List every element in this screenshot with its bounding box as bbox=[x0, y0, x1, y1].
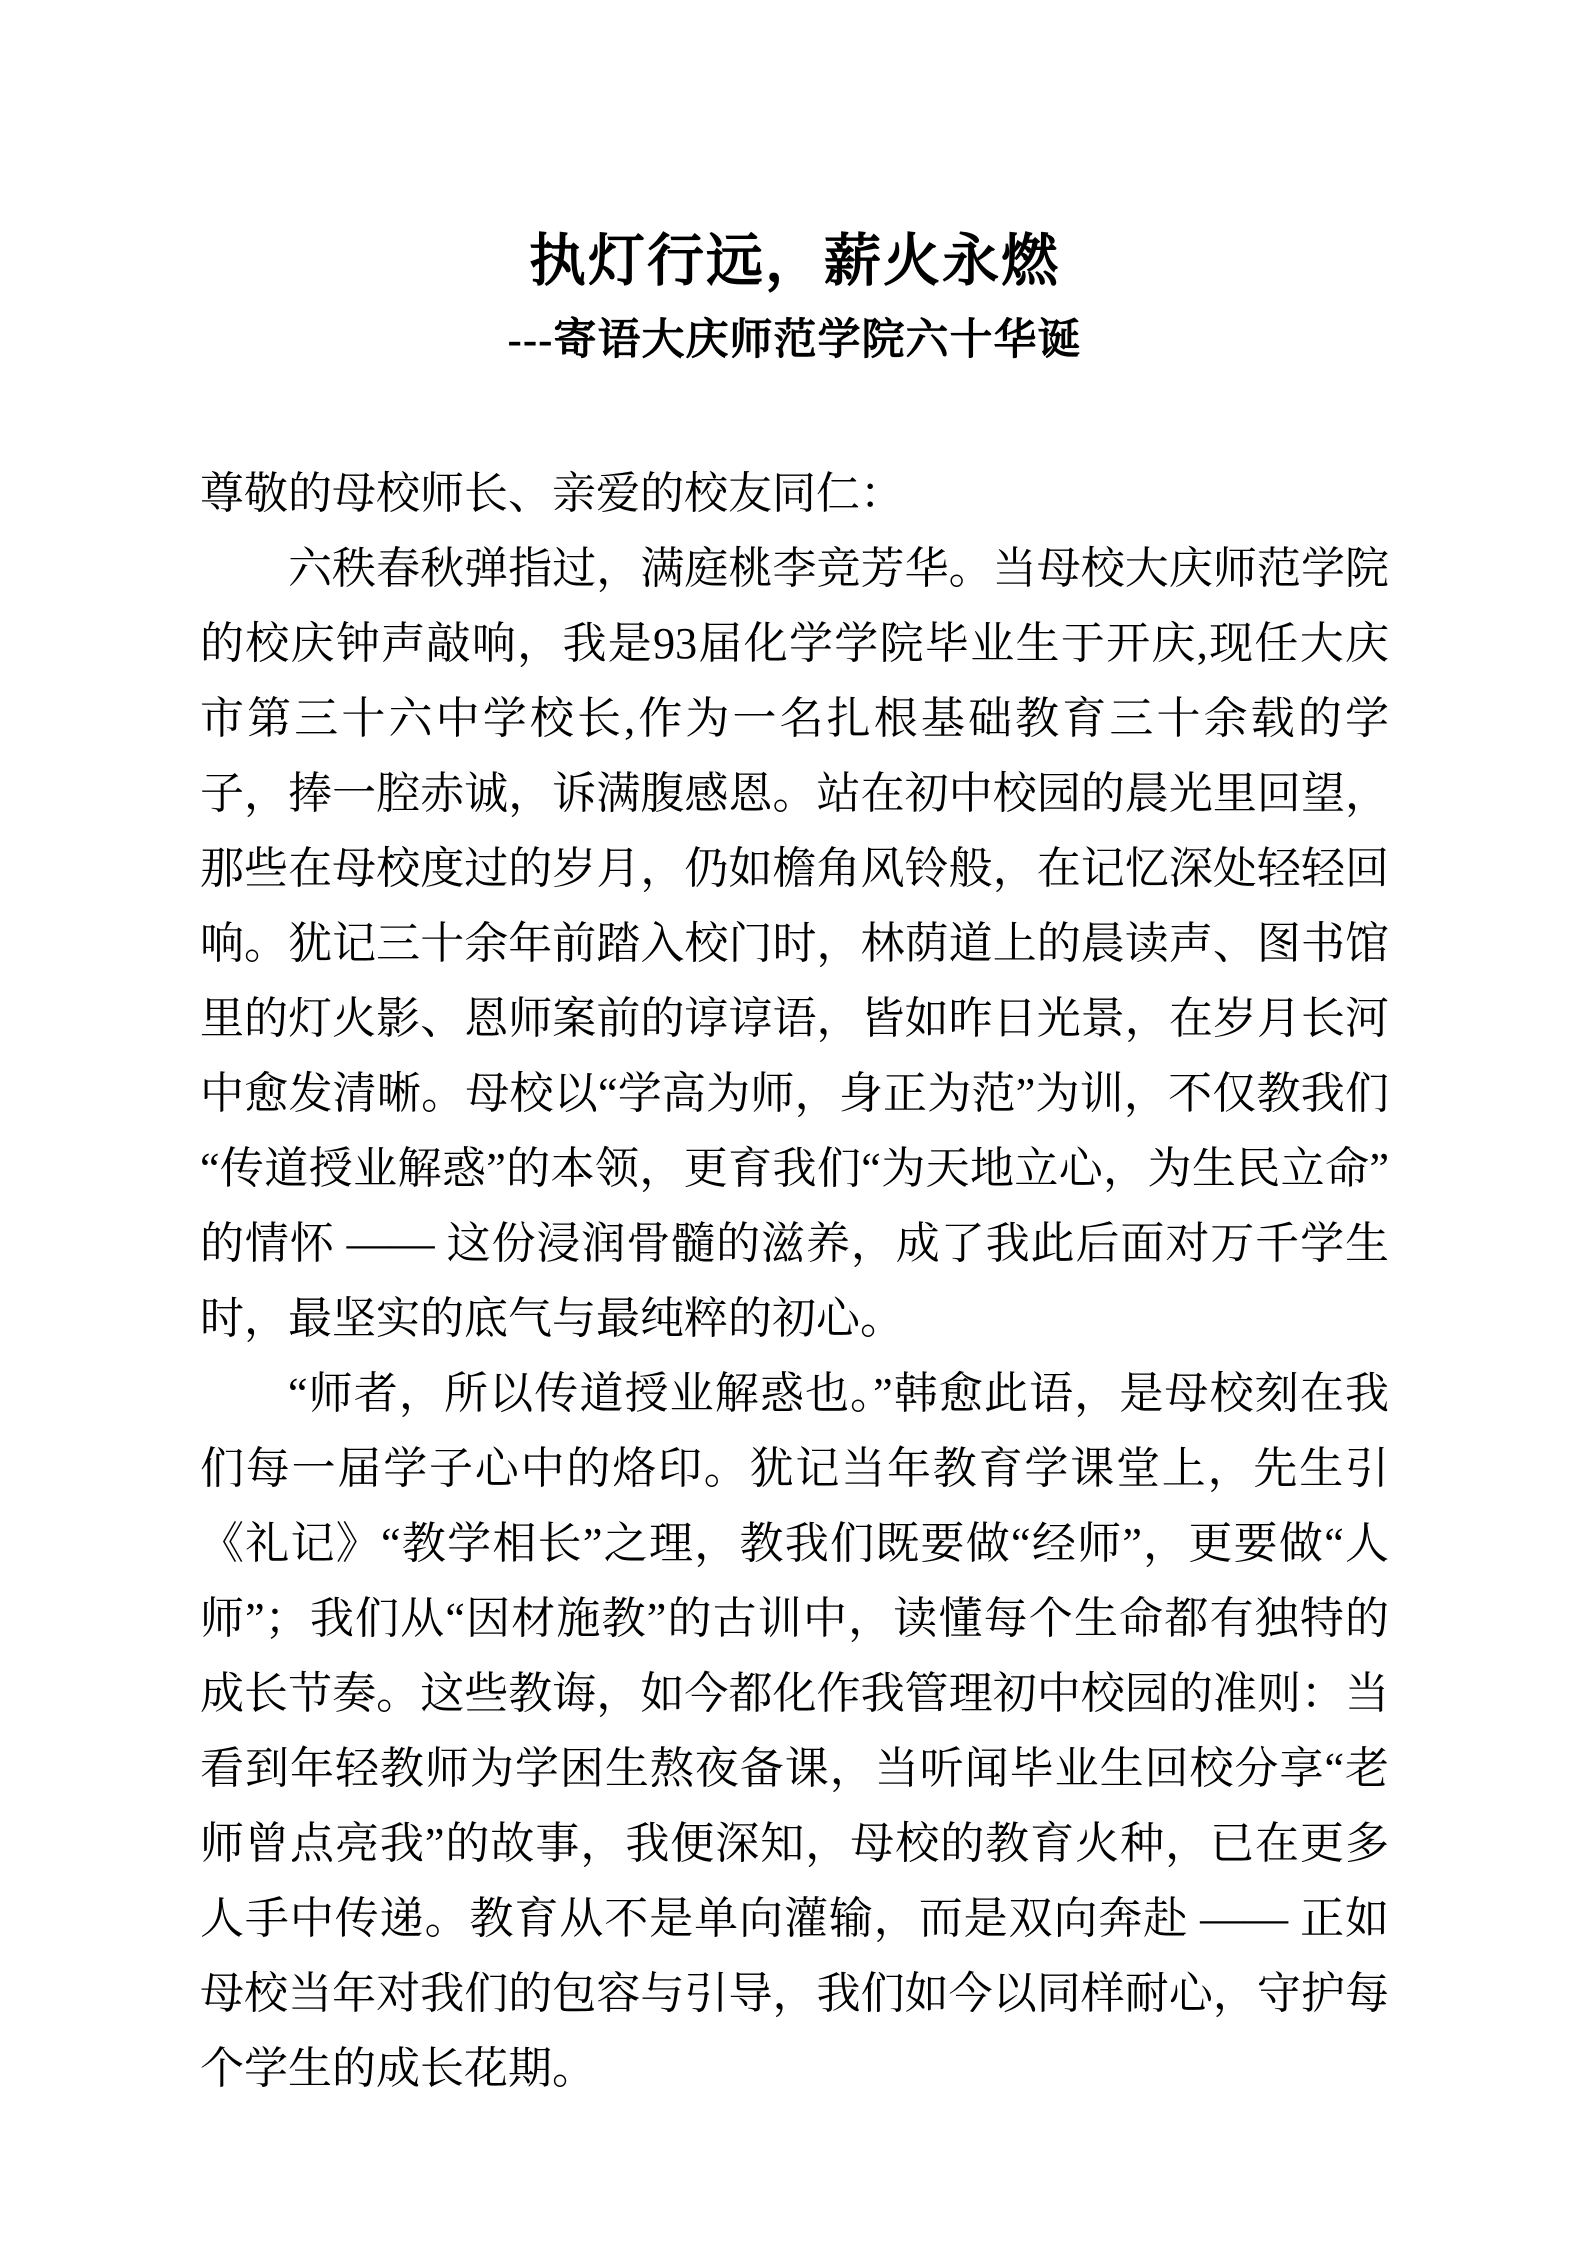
document-page: 执灯行远，薪火永燃 ---寄语大庆师范学院六十华诞 尊敬的母校师长、亲爱的校友同… bbox=[0, 0, 1587, 2245]
document-subtitle: ---寄语大庆师范学院六十华诞 bbox=[200, 316, 1389, 366]
body-paragraph-2: “师者，所以传道授业解惑也。”韩愈此语，是母校刻在我们每一届学子心中的烙印。犹记… bbox=[200, 1356, 1389, 2106]
document-title: 执灯行远，薪火永燃 bbox=[200, 228, 1389, 296]
document-body: 尊敬的母校师长、亲爱的校友同仁： 六秩春秋弹指过，满庭桃李竞芳华。当母校大庆师范… bbox=[200, 456, 1389, 2106]
salutation-line: 尊敬的母校师长、亲爱的校友同仁： bbox=[200, 456, 1389, 531]
body-paragraph-1: 六秩春秋弹指过，满庭桃李竞芳华。当母校大庆师范学院的校庆钟声敲响，我是93届化学… bbox=[200, 531, 1389, 1356]
